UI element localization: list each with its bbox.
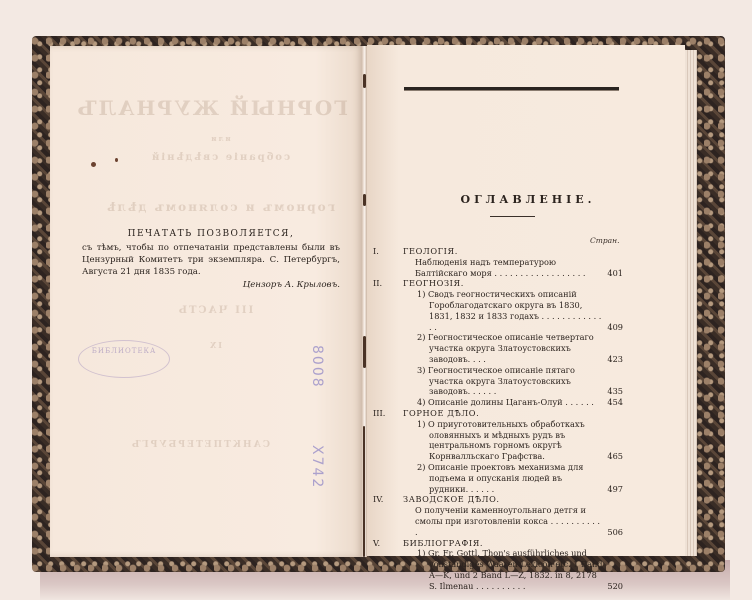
entry-page: 423 [603, 354, 623, 365]
entry-text: 1) О приуготовительныхъ обработкахъ олов… [429, 419, 603, 462]
section-label: ГЕОЛОГІЯ. [403, 246, 458, 257]
bleed-through-line: САНКТПЕТЕРБУРГЪ [160, 440, 270, 450]
entry-page: 401 [603, 268, 623, 279]
ink-spot [115, 158, 118, 162]
censorship-approval: ПЕЧАТАТЬ ПОЗВОЛЯЕТСЯ, съ тѣмъ, чтобы по … [82, 228, 340, 291]
header-rule [404, 87, 619, 91]
page-column-label: Стран. [590, 236, 619, 245]
toc-entry: О полученіи каменноугольнаго детгя и смо… [403, 505, 623, 537]
section-label: ЗАВОДСКОЕ ДѢЛО. [403, 494, 500, 505]
toc-title: ОГЛАВЛЕНІЕ. [370, 193, 686, 206]
toc-section: II. ГЕОГНОЗІЯ. [403, 278, 623, 289]
binding-tear [363, 426, 365, 557]
toc-entry: 1) О приуготовительныхъ обработкахъ олов… [403, 419, 623, 462]
entry-text: 2) Геогностическое описаніе четвертаго у… [429, 332, 603, 364]
entry-page: 454 [603, 397, 623, 408]
section-label: ГОРНОЕ ДѢЛО. [403, 408, 479, 419]
pencil-mark-inventory: 8008 [309, 345, 325, 389]
entry-text: 1) Gr. Fr. Gottl. Thon's ausführliches u… [429, 548, 603, 591]
entry-page: 506 [603, 527, 623, 538]
censor-signature: Цензоръ А. Крыловъ. [82, 279, 340, 291]
section-label: БИБЛІОГРАФІЯ. [403, 538, 483, 549]
section-numeral: IV. [373, 494, 403, 505]
bleed-through-line: горномъ и соляномъ дѣлѣ [92, 200, 348, 214]
toc-entry: 1) Gr. Fr. Gottl. Thon's ausführliches u… [403, 548, 623, 591]
page-edges [685, 50, 697, 556]
bleed-through-line: собраніе свѣдѣній [92, 152, 348, 163]
binding-tear [363, 194, 366, 206]
title-divider [490, 216, 535, 217]
entry-page: 465 [603, 451, 623, 462]
entry-text: 4) Описаніе долины Цаганъ-Олуй . . . . .… [429, 397, 603, 408]
toc-entry: 2) Описаніе проектовъ механизма для подъ… [403, 462, 623, 494]
toc-section: V. БИБЛІОГРАФІЯ. [403, 538, 623, 549]
section-numeral: V. [373, 538, 403, 549]
entry-page: 435 [603, 386, 623, 397]
binding-tear [363, 74, 366, 88]
entry-text: Наблюденія надъ температурою Балтійскаго… [415, 257, 603, 279]
entry-text: 1) Сводъ геогностическихъ описаній Гороб… [429, 289, 603, 332]
entry-page: 520 [603, 581, 623, 592]
ink-spot [91, 162, 96, 167]
section-numeral: II. [373, 278, 403, 289]
section-numeral: III. [373, 408, 403, 419]
toc-entry: 3) Геогностическое описаніе пятаго участ… [403, 365, 623, 397]
library-stamp: БИБЛИОТЕКА [78, 340, 170, 378]
section-numeral: I. [373, 246, 403, 257]
table-of-contents: I. ГЕОЛОГІЯ. Наблюденія надъ температуро… [403, 246, 623, 592]
entry-text: О полученіи каменноугольнаго детгя и смо… [415, 505, 603, 537]
toc-section: I. ГЕОЛОГІЯ. [403, 246, 623, 257]
entry-text: 2) Описаніе проектовъ механизма для подъ… [429, 462, 603, 494]
bleed-through-title: ГОРНЫЙ ЖУРНАЛЪ [92, 96, 348, 120]
toc-entry: Наблюденія надъ температурою Балтійскаго… [403, 257, 623, 279]
entry-text: 3) Геогностическое описаніе пятаго участ… [429, 365, 603, 397]
imprimatur-body: съ тѣмъ, чтобы по отпечатаніи представле… [82, 242, 340, 278]
entry-page: 409 [603, 322, 623, 333]
bleed-through-line: или [92, 134, 348, 143]
section-label: ГЕОГНОЗІЯ. [403, 278, 464, 289]
toc-entry: 1) Сводъ геогностическихъ описаній Гороб… [403, 289, 623, 332]
stamp-text: БИБЛИОТЕКА [79, 347, 169, 355]
bleed-through-line: III ЧАСТЬ [140, 305, 290, 316]
imprimatur-heading: ПЕЧАТАТЬ ПОЗВОЛЯЕТСЯ, [82, 228, 340, 240]
toc-entry: 4) Описаніе долины Цаганъ-Олуй . . . . .… [403, 397, 623, 408]
bleed-through-line: IX [160, 340, 270, 350]
toc-entry: 2) Геогностическое описаніе четвертаго у… [403, 332, 623, 364]
toc-section: IV. ЗАВОДСКОЕ ДѢЛО. [403, 494, 623, 505]
toc-section: III. ГОРНОЕ ДѢЛО. [403, 408, 623, 419]
pencil-mark-shelf: X742 [309, 445, 325, 489]
binding-tear [363, 336, 366, 368]
entry-page: 497 [603, 484, 623, 495]
